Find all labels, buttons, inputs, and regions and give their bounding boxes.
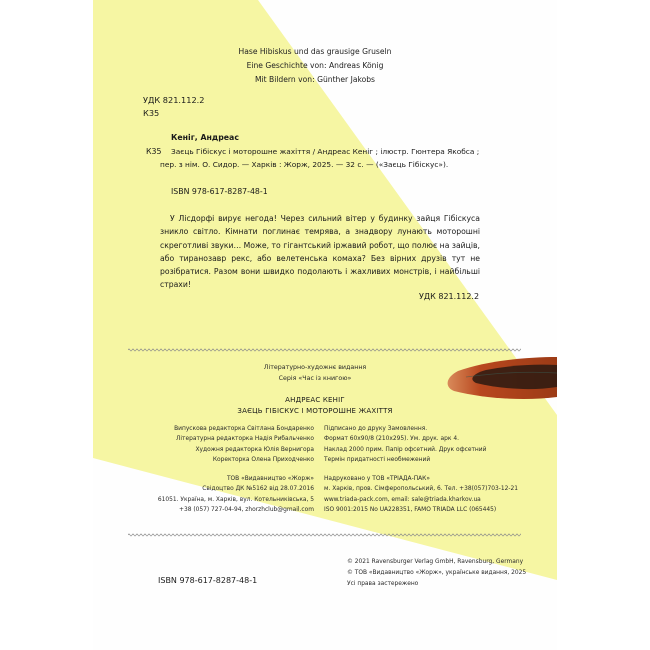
spec-line: Термін придатності необмежений bbox=[324, 455, 524, 465]
copyright-block: © 2021 Ravensburger Verlag GmbH, Ravensb… bbox=[347, 557, 526, 590]
printer-line: Надруковано у ТОВ «ТРІАДА-ПАК» bbox=[324, 474, 524, 484]
bib-mark: К35 bbox=[146, 147, 161, 156]
credit-line: Коректорка Олена Приходченко bbox=[100, 455, 314, 465]
publisher-line: ТОВ «Видавництво «Жорж» bbox=[100, 474, 314, 484]
original-illustrator: Mit Bildern von: Günther Jakobs bbox=[165, 75, 465, 84]
author-mark: К35 bbox=[143, 108, 159, 118]
copyright-line: © ТОВ «Видавництво «Жорж», українське ви… bbox=[347, 568, 526, 579]
copyright-line: Усі права застережено bbox=[347, 579, 526, 590]
author-caps: АНДРЕАС КЕНІГ bbox=[165, 396, 465, 404]
publisher-line: 61051. Україна, м. Харків, вул. Котельни… bbox=[100, 495, 314, 505]
bib-line-1: Заєць Гібіскус і моторошне жахіття / Анд… bbox=[171, 147, 479, 156]
credit-line: Випускова редакторка Світлана Бондаренко bbox=[100, 424, 314, 434]
credit-line: Художня редакторка Юлія Вернигора bbox=[100, 445, 314, 455]
original-author: Eine Geschichte von: Andreas König bbox=[165, 61, 465, 70]
printer-line: ISO 9001:2015 No UA228351, FAMO TRIADA L… bbox=[324, 505, 524, 515]
publisher-line: Свідоцтво ДК №5162 від 28.07.2016 bbox=[100, 484, 314, 494]
publisher-line: +38 (057) 727-04-94, zhorzhclub@gmail.co… bbox=[100, 505, 314, 515]
printer-line: www.triada-pack.com, email: sale@triada.… bbox=[324, 495, 524, 505]
udk-code: УДК 821.112.2 bbox=[143, 95, 204, 105]
flashlight-beam bbox=[0, 0, 650, 650]
footer-isbn: ISBN 978-617-8287-48-1 bbox=[158, 576, 257, 585]
print-specs: Підписано до друку Замовлення. Формат 60… bbox=[324, 424, 524, 465]
printer-info: Надруковано у ТОВ «ТРІАДА-ПАК» м. Харків… bbox=[324, 474, 524, 515]
title-caps: ЗАЄЦЬ ГІБІСКУС І МОТОРОШНЕ ЖАХІТТЯ bbox=[165, 407, 465, 415]
credits-list: Випускова редакторка Світлана Бондаренко… bbox=[100, 424, 314, 465]
copyright-line: © 2021 Ravensburger Verlag GmbH, Ravensb… bbox=[347, 557, 526, 568]
annotation-text: У Лісдорфі вирує негода! Через сильний в… bbox=[160, 212, 480, 292]
edition-type: Літературно-художнє видання bbox=[165, 364, 465, 371]
credit-line: Літературна редакторка Надія Рибальченко bbox=[100, 434, 314, 444]
annotation-udk: УДК 821.112.2 bbox=[419, 292, 479, 301]
publisher-info: ТОВ «Видавництво «Жорж» Свідоцтво ДК №51… bbox=[100, 474, 314, 515]
separator-top bbox=[128, 347, 521, 353]
original-title: Hase Hibiskus und das grausige Gruseln bbox=[165, 47, 465, 56]
spec-line: Формат 60x90/8 (210x295). Ум. друк. арк … bbox=[324, 434, 524, 444]
bib-line-2: пер. з нім. О. Сидор. — Харків : Жорж, 2… bbox=[160, 160, 448, 169]
author-heading: Кеніг, Андреас bbox=[171, 133, 239, 142]
spec-line: Наклад 2000 прим. Папір офсетний. Друк о… bbox=[324, 445, 524, 455]
printer-line: м. Харків, пров. Сімферопольський, 6. Те… bbox=[324, 484, 524, 494]
series-name: Серія «Час із книгою» bbox=[165, 375, 465, 382]
separator-bottom bbox=[128, 532, 521, 538]
spec-line: Підписано до друку Замовлення. bbox=[324, 424, 524, 434]
bib-isbn: ISBN 978-617-8287-48-1 bbox=[171, 187, 268, 196]
